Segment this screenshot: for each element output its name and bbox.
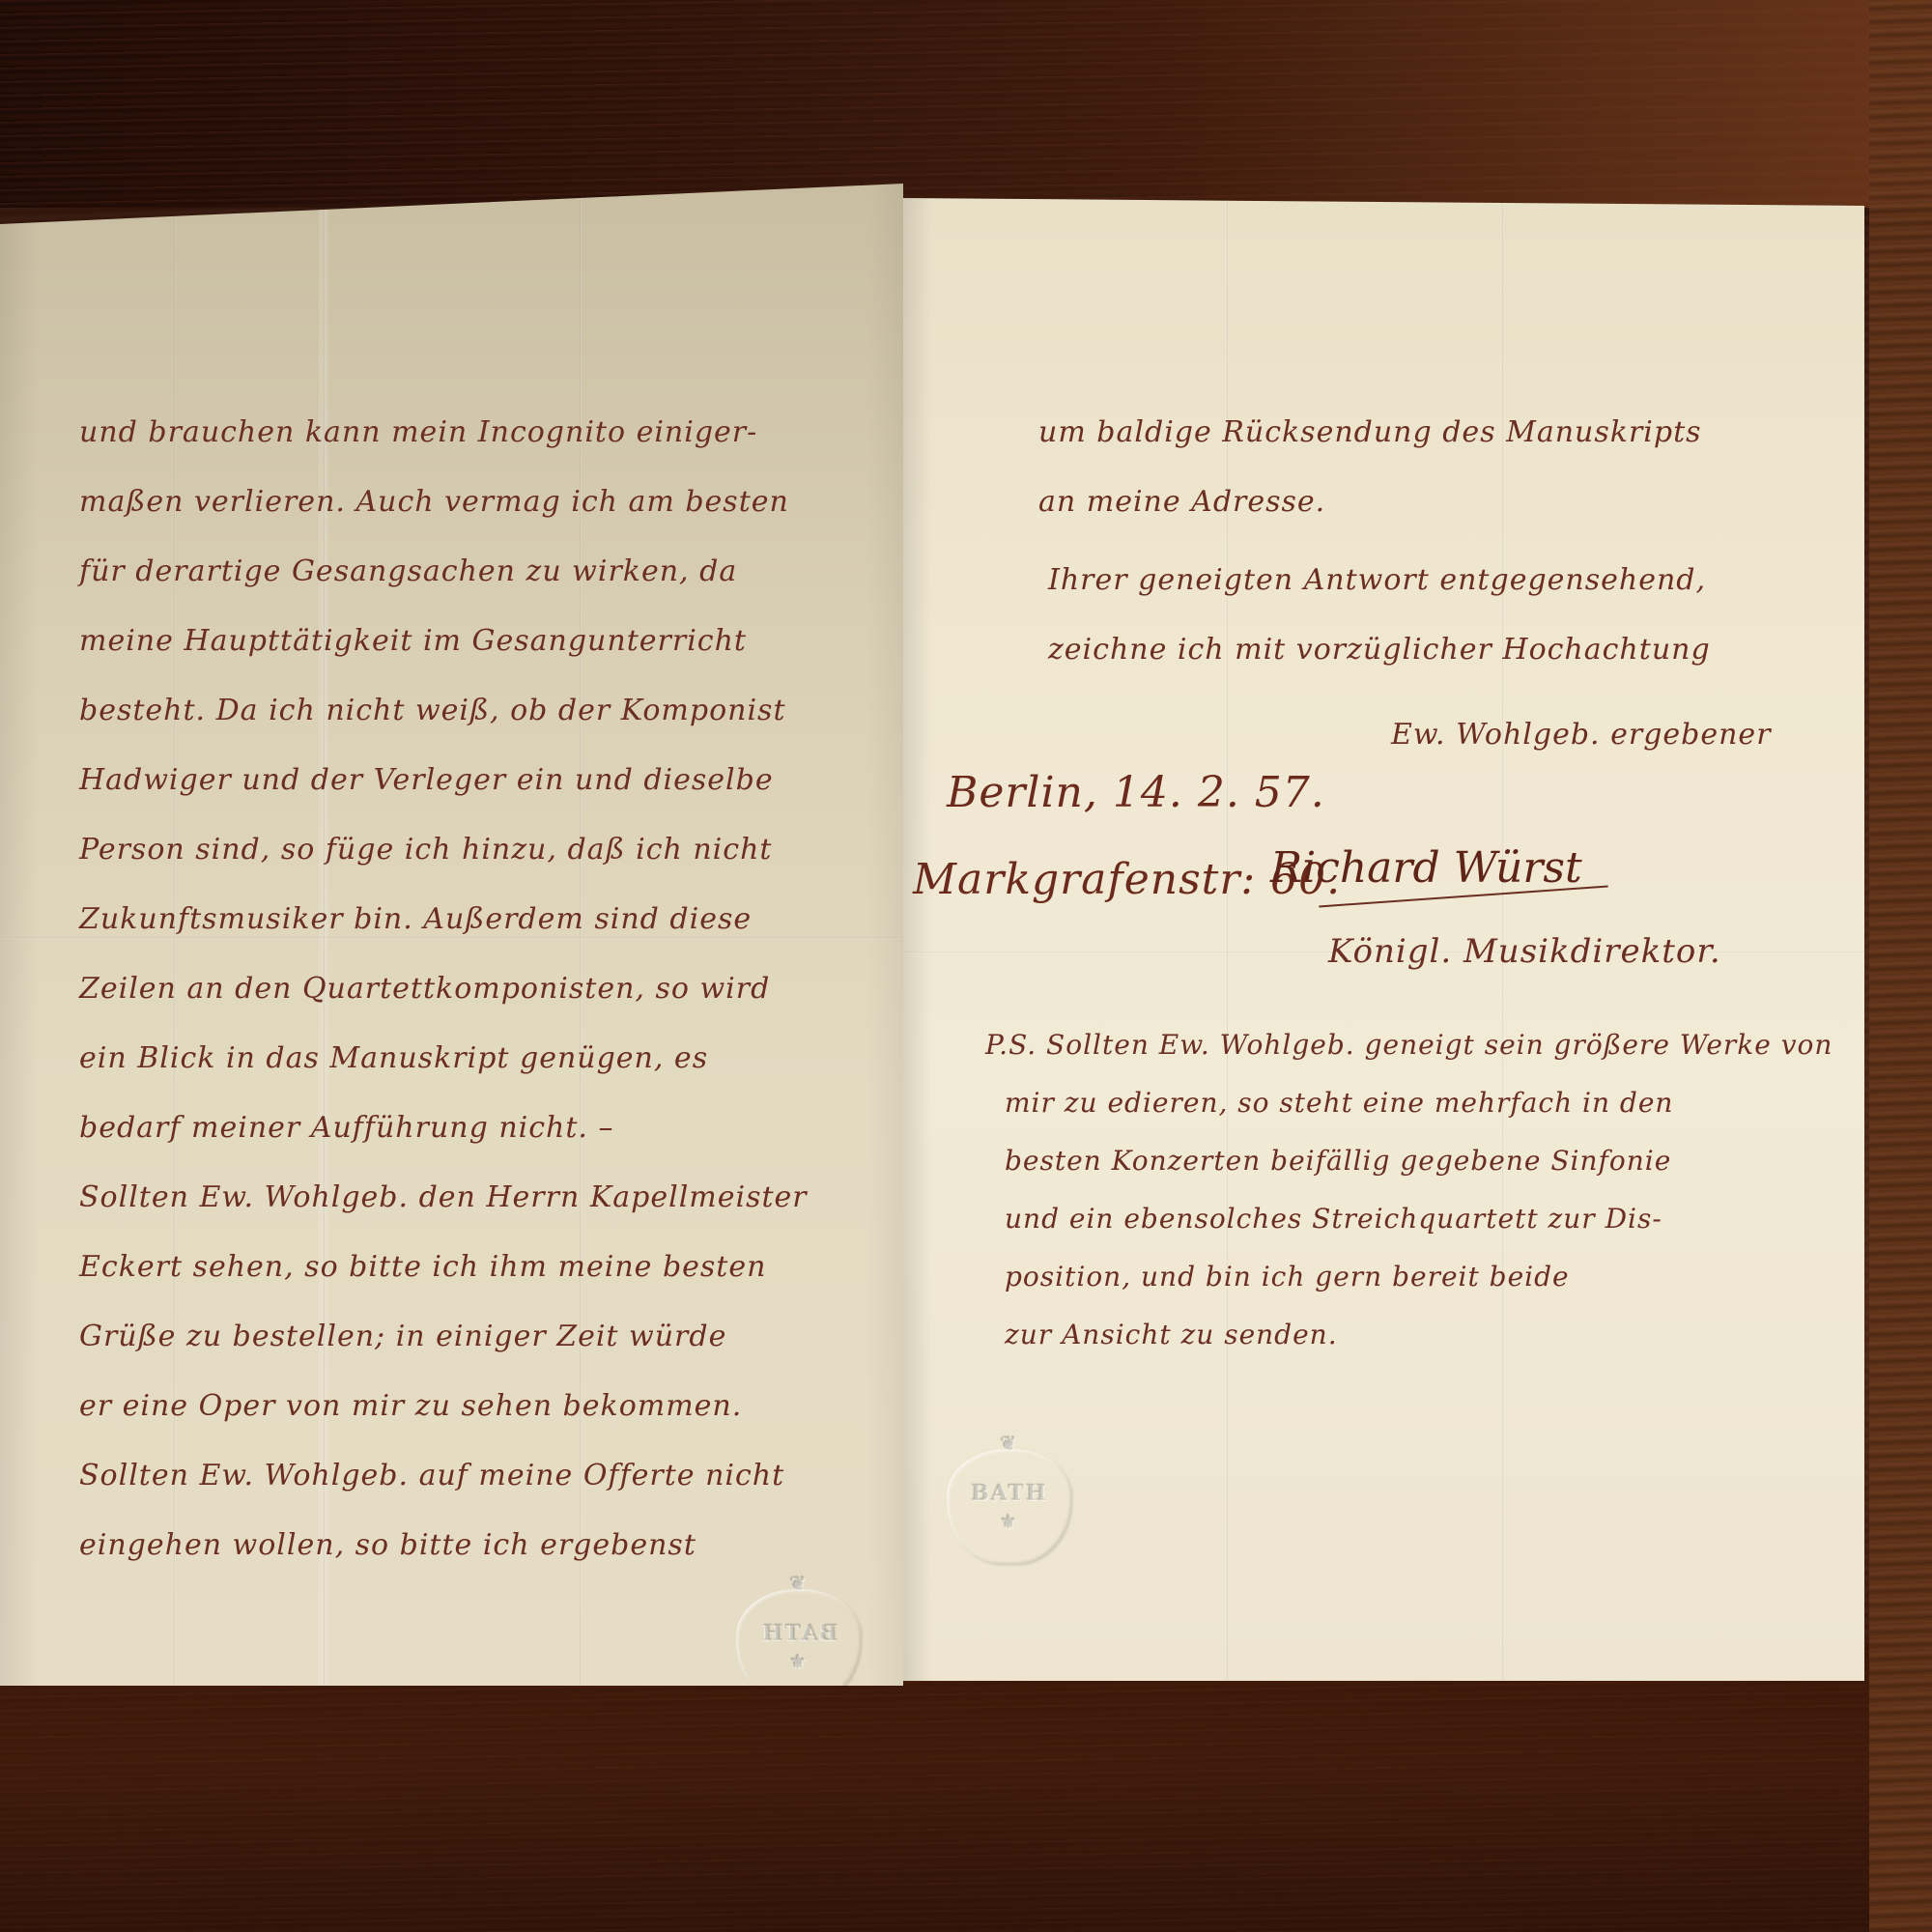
postscript-line: mir zu edieren, so steht eine mehrfach i… [1005,1087,1673,1119]
emboss-stamp-text: BATH [760,1621,838,1646]
letter-line: Eckert sehen, so bitte ich ihm meine bes… [79,1250,766,1284]
letter-right-page: um baldige Rücksendung des Manuskripts a… [903,198,1864,1681]
signer-title: Königl. Musikdirektor. [1328,932,1721,971]
letter-line: Ihrer geneigten Antwort entgegensehend, [1048,563,1706,597]
letter-line: bedarf meiner Aufführung nicht. – [79,1111,614,1145]
postscript-line: besten Konzerten beifällig gegebene Sinf… [1005,1145,1671,1177]
letter-line: ein Blick in das Manuskript genügen, es [79,1041,708,1075]
letter-line: an meine Adresse. [1038,485,1325,519]
letter-line: meine Haupttätigkeit im Gesangunterricht [79,624,747,658]
letter-line: Sollten Ew. Wohlgeb. auf meine Offerte n… [79,1459,784,1492]
crest-emboss-icon: ⚜ [789,1650,809,1673]
place-and-date: Berlin, 14. 2. 57. [947,768,1325,817]
postscript-line: P.S. Sollten Ew. Wohlgeb. geneigt sein g… [985,1029,1833,1061]
letter-line: besteht. Da ich nicht weiß, ob der Kompo… [79,694,786,727]
embossed-paper-stamp: ❦ BATH ⚜ [736,1589,862,1686]
letter-left-page: und brauchen kann mein Incognito einiger… [0,184,903,1686]
crown-emboss-icon: ❦ [1001,1432,1019,1455]
postscript-line: position, und bin ich gern bereit beide [1005,1261,1570,1293]
letter-line: er eine Oper von mir zu sehen bekommen. [79,1389,742,1423]
wooden-table-top [0,0,1932,208]
letter-closing: Ew. Wohlgeb. ergebener [1391,718,1772,752]
crown-emboss-icon: ❦ [790,1572,809,1595]
signature: Richard Würst [1270,843,1582,893]
wooden-table-right [1869,0,1932,1932]
embossed-paper-stamp: ❦ BATH ⚜ [947,1449,1072,1565]
wooden-table-bottom [0,1642,1932,1932]
letter-line: Person sind, so füge ich hinzu, daß ich … [79,833,772,867]
letter-line: Zukunftsmusiker bin. Außerdem sind diese [79,902,752,936]
letter-line: um baldige Rücksendung des Manuskripts [1038,415,1702,449]
crest-emboss-icon: ⚜ [1000,1510,1019,1533]
letter-line: Sollten Ew. Wohlgeb. den Herrn Kapellmei… [79,1180,808,1214]
letter-line: Zeilen an den Quartettkomponisten, so wi… [79,972,770,1006]
letter-line: Hadwiger und der Verleger ein und diesel… [79,763,774,797]
emboss-stamp-text: BATH [971,1481,1048,1506]
postscript-line: und ein ebensolches Streichquartett zur … [1005,1203,1662,1235]
letter-line: Grüße zu bestellen; in einiger Zeit würd… [79,1320,726,1353]
letter-line: für derartige Gesangsachen zu wirken, da [79,554,737,588]
postscript-line: zur Ansicht zu senden. [1005,1319,1338,1350]
letter-line: zeichne ich mit vorzüglicher Hochachtung [1048,633,1711,667]
letter-line: eingehen wollen, so bitte ich ergebenst [79,1528,696,1562]
letter-line: maßen verlieren. Auch vermag ich am best… [79,485,789,519]
paper-fold [0,937,903,939]
letter-line: und brauchen kann mein Incognito einiger… [79,415,757,449]
